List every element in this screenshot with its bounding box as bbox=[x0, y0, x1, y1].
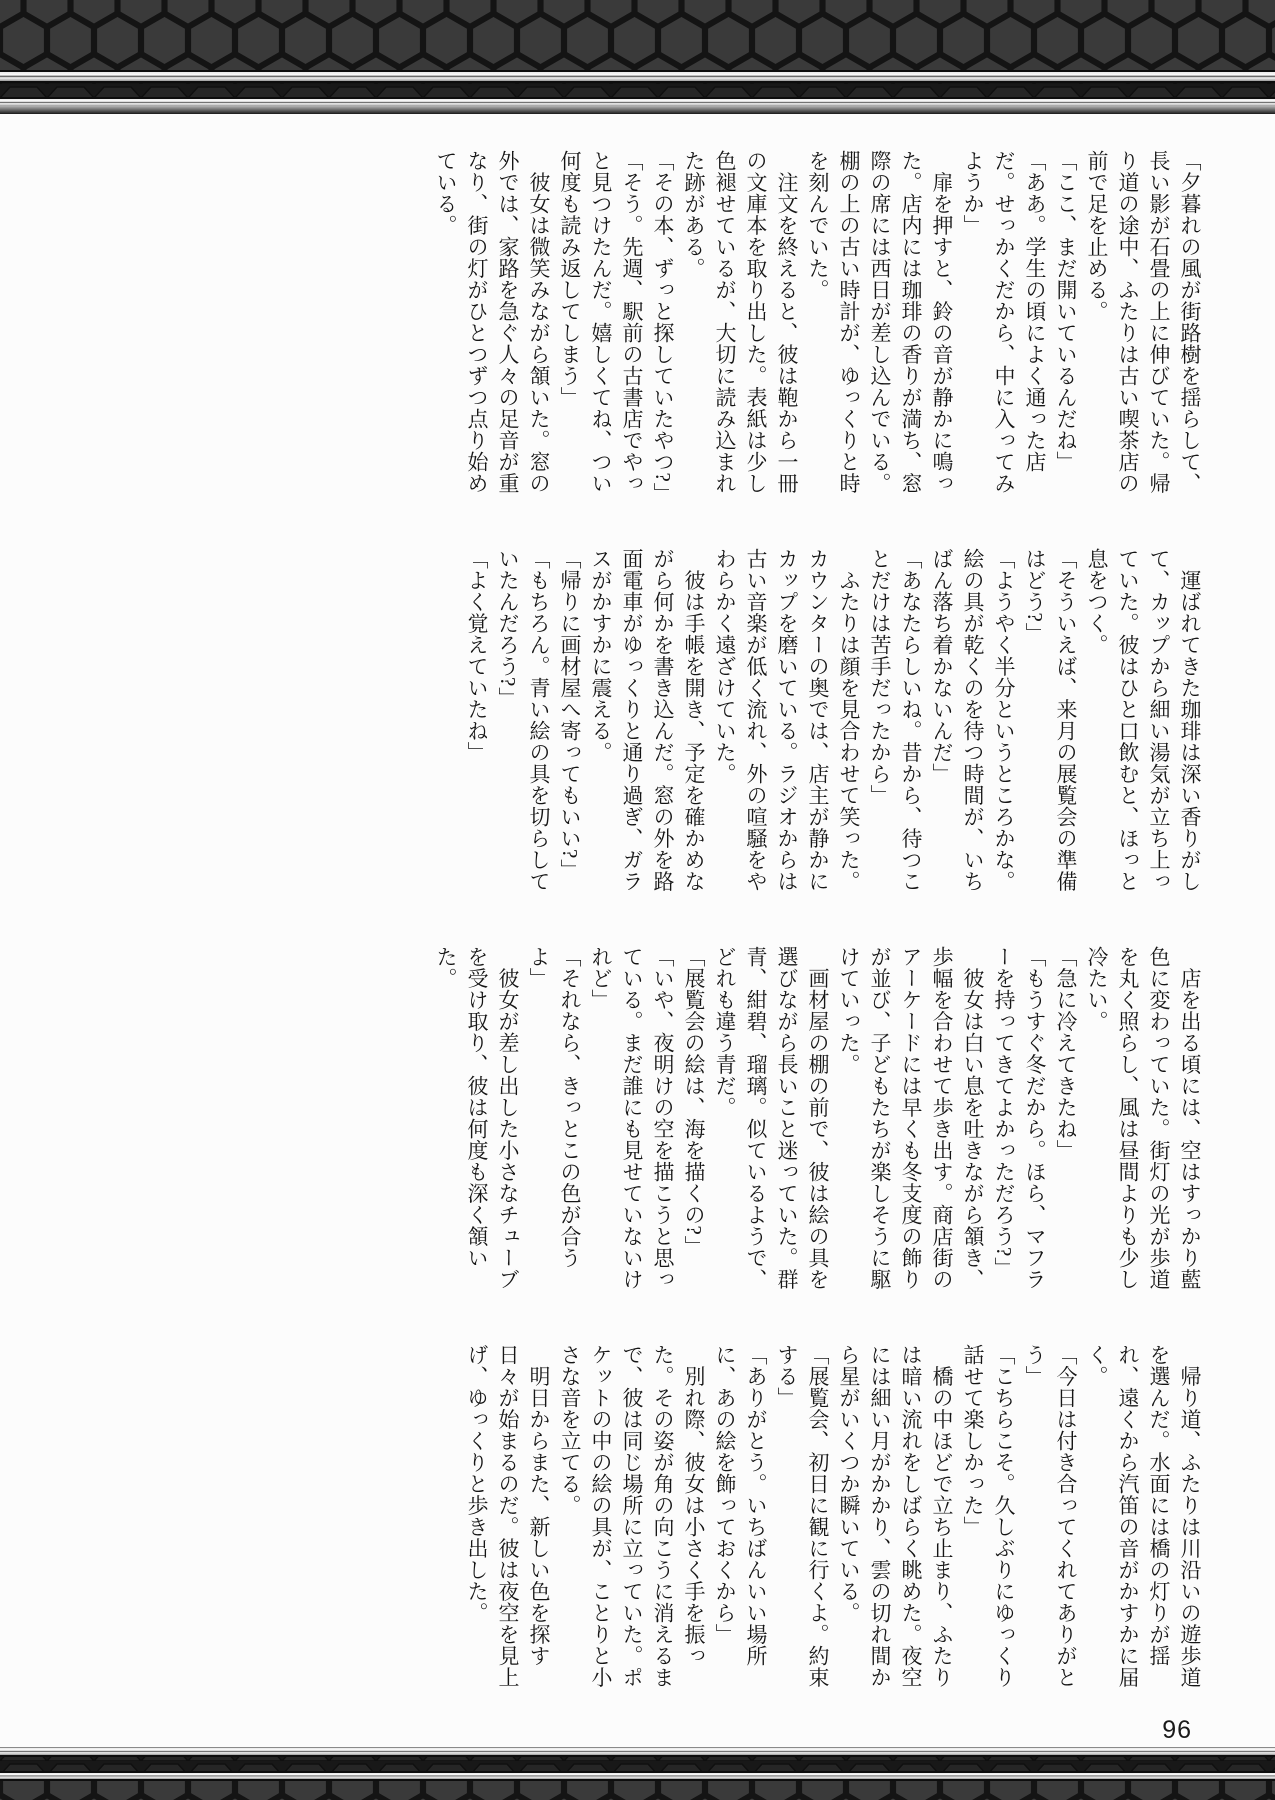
page-number: 96 bbox=[1162, 1716, 1192, 1745]
text-band-3: 店を出る頃には、空はすっかり藍色に変わっていた。街灯の光が歩道を丸く照らし、風は… bbox=[158, 946, 1205, 1308]
decorative-border-top bbox=[0, 0, 1275, 114]
hex-pattern-band-bottom bbox=[0, 1781, 1275, 1800]
scanned-novel-page: { "page": { "number": "96" }, "colors": … bbox=[0, 0, 1275, 1800]
text-band-2: 運ばれてきた珈琲は深い香りがして、カップから細い湯気が立ち上っていた。彼はひと口… bbox=[158, 548, 1205, 910]
hex-pattern-band-top bbox=[0, 0, 1275, 70]
metal-strip bbox=[0, 72, 1275, 81]
decorative-border-bottom-art bbox=[0, 1747, 1275, 1800]
chevron-band bbox=[0, 83, 1275, 97]
text-band-1: 「夕暮れの風が街路樹を揺らして、長い影が石畳の上に伸びていた。帰り道の途中、ふた… bbox=[158, 150, 1205, 512]
metal-strip bbox=[0, 99, 1275, 106]
text-band-4: 帰り道、ふたりは川沿いの遊歩道を選んだ。水面には橋の灯りが揺れ、遠くから汽笛の音… bbox=[158, 1344, 1205, 1706]
chevron-band bbox=[0, 1757, 1275, 1771]
metal-strip bbox=[0, 1773, 1275, 1779]
shade-edge bbox=[0, 106, 1275, 113]
metal-strip bbox=[0, 1748, 1275, 1755]
